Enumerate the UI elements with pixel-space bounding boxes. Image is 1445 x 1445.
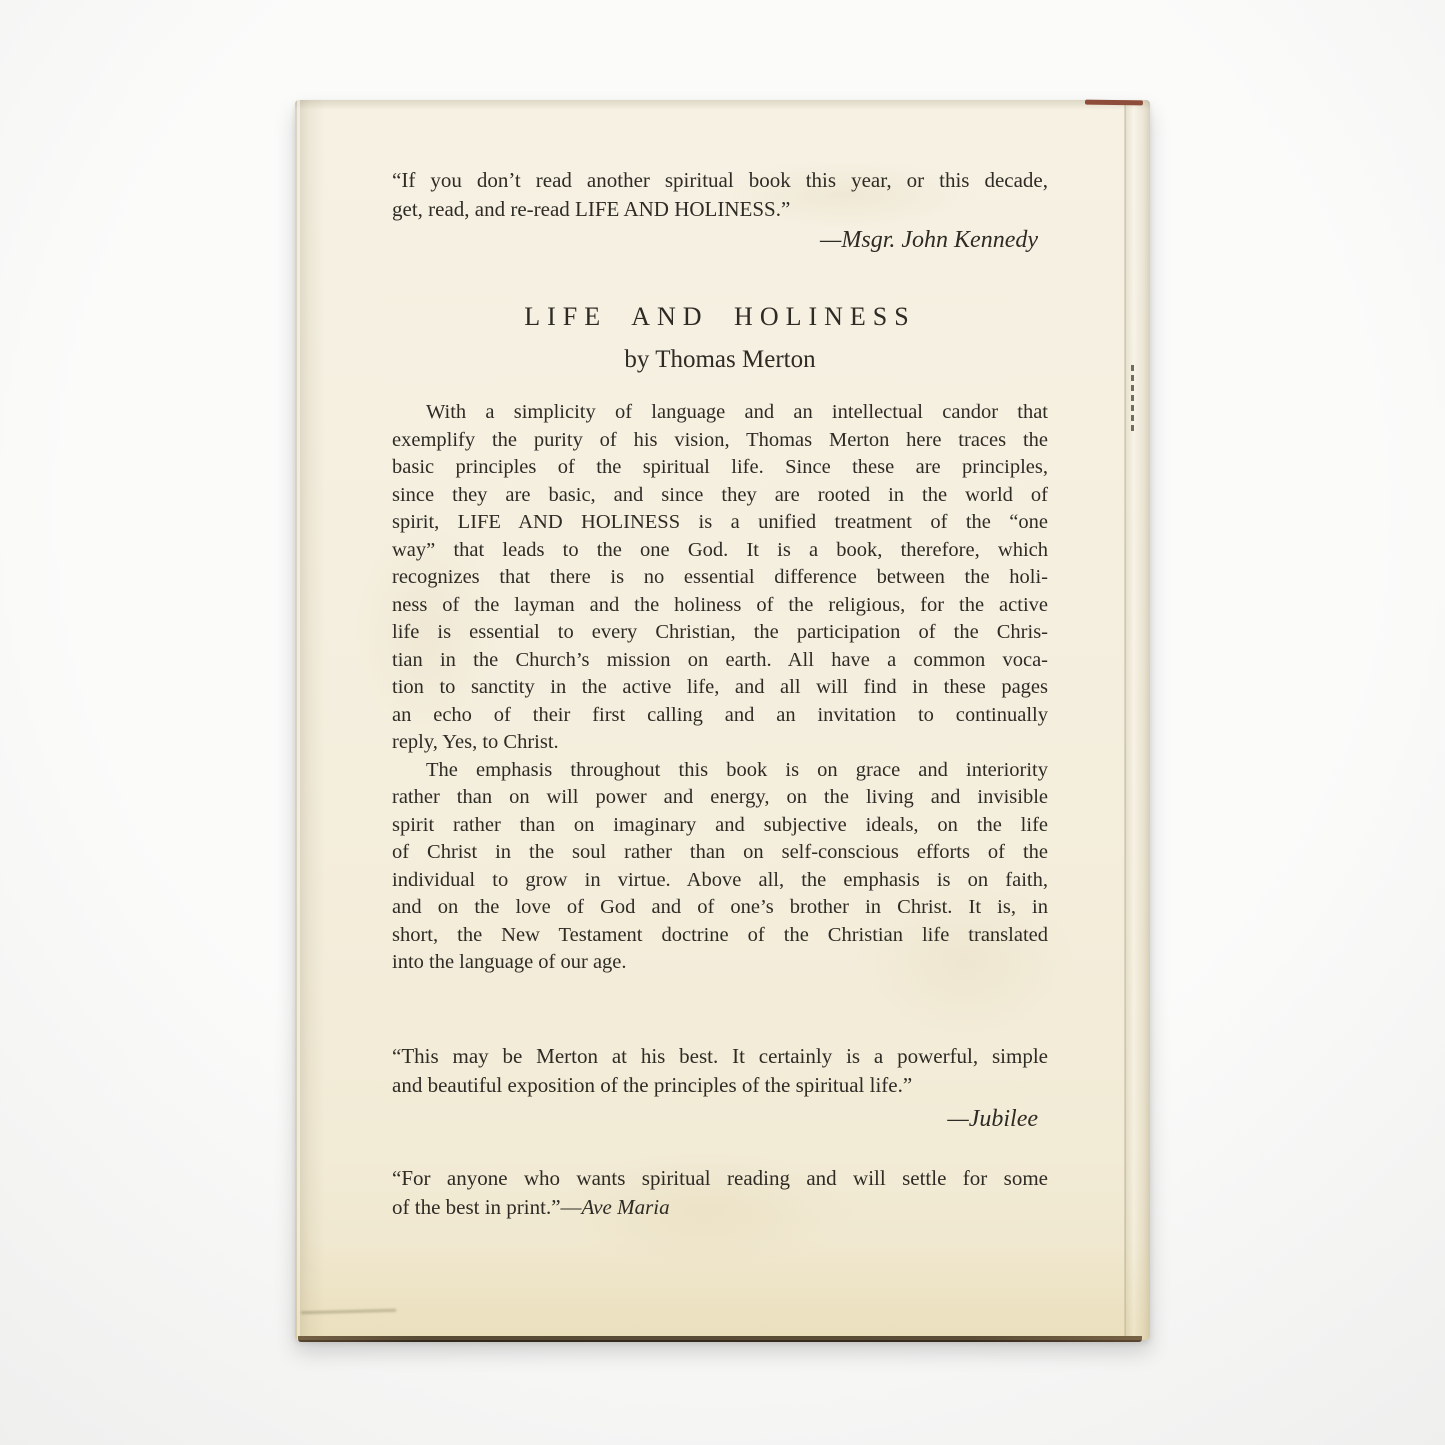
text-line: get, read, and re-read LIFE AND HOLINESS… [392,195,1048,224]
text-line: and on the love of God and of one’s brot… [392,894,1048,922]
text-line: and beautiful exposition of the principl… [392,1071,1048,1100]
text-line: “This may be Merton at his best. It cert… [392,1042,1048,1071]
text-line: of Christ in the soul rather than on sel… [392,839,1048,867]
text-line: of the best in print.”—Ave Maria [392,1193,1048,1222]
text-line: an echo of their first calling and an in… [392,702,1048,730]
review-quote: “This may be Merton at his best. It cert… [392,1042,1048,1100]
synopsis: With a simplicity of language and an int… [392,399,1048,977]
synopsis-paragraph-2: The emphasis throughout this book is on … [392,757,1048,977]
top-quote: “If you don’t read another spiritual boo… [392,166,1048,224]
text-line: “If you don’t read another spiritual boo… [392,166,1048,195]
synopsis-paragraph-1: With a simplicity of language and an int… [392,399,1048,757]
text-line: tian in the Church’s mission on earth. A… [392,647,1048,675]
text-line: recognizes that there is no essential di… [392,564,1048,592]
text-line: life is essential to every Christian, th… [392,619,1048,647]
top-quote-attribution: —Msgr. John Kennedy [392,227,1048,254]
text-line: “For anyone who wants spiritual reading … [392,1164,1048,1193]
text-line: With a simplicity of language and an int… [392,399,1048,427]
book-byline: by Thomas Merton [392,346,1048,374]
text-line: into the language of our age. [392,949,1048,977]
text-line: exemplify the purity of his vision, Thom… [392,427,1048,455]
text-line: way” that leads to the one God. It is a … [392,537,1048,565]
text-line: since they are basic, and since they are… [392,482,1048,510]
text-line: The emphasis throughout this book is on … [392,757,1048,785]
review-quote-attribution: —Jubilee [392,1106,1048,1133]
photo-background: “If you don’t read another spiritual boo… [0,0,1445,1445]
jacket-text: “If you don’t read another spiritual boo… [295,100,1150,1340]
text-line: rather than on will power and energy, on… [392,784,1048,812]
bottom-review-quote: “For anyone who wants spiritual reading … [392,1164,1048,1222]
text-line: spirit rather than on imaginary and subj… [392,812,1048,840]
text-line: tion to sanctity in the active life, and… [392,674,1048,702]
book-title: LIFE AND HOLINESS [392,302,1048,332]
book-back-cover: “If you don’t read another spiritual boo… [295,100,1150,1340]
text-line: ness of the layman and the holiness of t… [392,592,1048,620]
text-line: basic principles of the spiritual life. … [392,454,1048,482]
text-line: spirit, LIFE AND HOLINESS is a unified t… [392,509,1048,537]
text-line: short, the New Testament doctrine of the… [392,922,1048,950]
text-line: individual to grow in virtue. Above all,… [392,867,1048,895]
quote-source: Ave Maria [582,1195,670,1219]
text-line: reply, Yes, to Christ. [392,729,1048,757]
quote-text: of the best in print.”— [392,1195,582,1219]
